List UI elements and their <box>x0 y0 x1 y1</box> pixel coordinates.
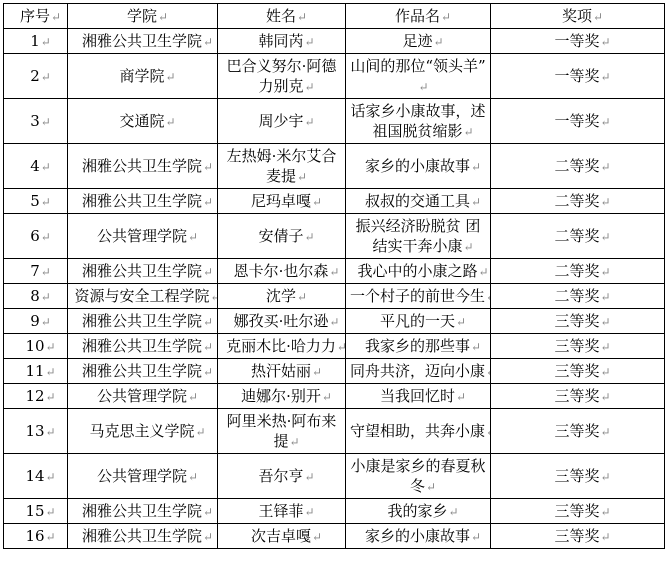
cell-work: 同舟共济，迈向小康↵ <box>346 359 491 384</box>
table-row: 3↵ 交通院↵ 周少宇↵ 话家乡小康故事，述祖国脱贫缩影↵ 一等奖↵ <box>4 99 665 144</box>
college-name: 公共管理学院 <box>97 387 187 405</box>
cell-name: 热汗姑丽↵ <box>218 359 346 384</box>
student-name: 娜孜买·吐尔逊 <box>234 312 329 330</box>
work-title: 家乡的小康故事 <box>365 527 470 545</box>
header-work: 作品名↵ <box>346 4 491 29</box>
row-number: 15 <box>25 502 44 520</box>
cell-no: 5↵ <box>4 189 68 214</box>
college-name: 湘雅公共卫生学院 <box>82 312 202 330</box>
cell-name: 左热姆·米尔艾合麦提↵ <box>218 144 346 189</box>
cell-college: 商学院↵ <box>68 54 218 99</box>
table-row: 12↵ 公共管理学院↵ 迪娜尔·别开↵ 当我回忆时↵ 三等奖↵ <box>4 384 665 409</box>
table-row: 2↵ 商学院↵ 巴合义努尔·阿德力别克↵ 山间的那位“领头羊”↵ 一等奖↵ <box>4 54 665 99</box>
award-level: 二等奖 <box>554 227 599 245</box>
work-title: 山间的那位“领头羊” <box>350 57 485 75</box>
cell-college: 湘雅公共卫生学院↵ <box>68 524 218 549</box>
header-no-label: 序号 <box>20 7 50 25</box>
row-number: 10 <box>25 337 44 355</box>
award-level: 三等奖 <box>554 312 599 330</box>
work-title: 同舟共济，迈向小康 <box>350 362 485 380</box>
cell-no: 2↵ <box>4 54 68 99</box>
student-name: 周少宇 <box>258 112 303 130</box>
cell-award: 三等奖↵ <box>491 409 665 454</box>
cell-college: 湘雅公共卫生学院↵ <box>68 334 218 359</box>
cell-name: 安倩子↵ <box>218 214 346 259</box>
cell-award: 三等奖↵ <box>491 359 665 384</box>
cell-name: 克丽木比·哈力力↵ <box>218 334 346 359</box>
cell-no: 9↵ <box>4 309 68 334</box>
college-name: 湘雅公共卫生学院 <box>82 337 202 355</box>
work-title: 我家乡的那些事 <box>365 337 470 355</box>
award-level: 一等奖 <box>554 67 599 85</box>
cell-award: 三等奖↵ <box>491 384 665 409</box>
work-title: 小康是家乡的春夏秋冬 <box>350 457 485 495</box>
row-number: 14 <box>25 467 44 485</box>
student-name: 次吉卓嘎 <box>251 527 311 545</box>
college-name: 湘雅公共卫生学院 <box>82 32 202 50</box>
row-number: 2 <box>30 67 40 85</box>
student-name: 克丽木比·哈力力 <box>226 337 336 355</box>
cell-work: 叔叔的交通工具↵ <box>346 189 491 214</box>
cell-work: 一个村子的前世今生↵ <box>346 284 491 309</box>
table-header: 序号↵ 学院↵ 姓名↵ 作品名↵ 奖项↵ <box>4 4 665 29</box>
table-row: 7↵ 湘雅公共卫生学院↵ 恩卡尔·也尔森↵ 我心中的小康之路↵ 二等奖↵ <box>4 259 665 284</box>
document-page: 序号↵ 学院↵ 姓名↵ 作品名↵ 奖项↵ 1↵ 湘雅公共卫生学院↵ 韩同芮↵ 足… <box>0 0 671 573</box>
award-level: 二等奖 <box>554 262 599 280</box>
header-college-label: 学院 <box>127 7 157 25</box>
cell-name: 韩同芮↵ <box>218 29 346 54</box>
table-row: 15↵ 湘雅公共卫生学院↵ 王铎菲↵ 我的家乡↵ 三等奖↵ <box>4 499 665 524</box>
cell-college: 湘雅公共卫生学院↵ <box>68 309 218 334</box>
table-row: 16↵ 湘雅公共卫生学院↵ 次吉卓嘎↵ 家乡的小康故事↵ 三等奖↵ <box>4 524 665 549</box>
table-row: 14↵ 公共管理学院↵ 吾尔亨↵ 小康是家乡的春夏秋冬↵ 三等奖↵ <box>4 454 665 499</box>
header-row: 序号↵ 学院↵ 姓名↵ 作品名↵ 奖项↵ <box>4 4 665 29</box>
work-title: 当我回忆时 <box>380 387 455 405</box>
cell-college: 资源与安全工程学院↵ <box>68 284 218 309</box>
student-name: 迪娜尔·别开 <box>241 387 321 405</box>
cell-work: 我心中的小康之路↵ <box>346 259 491 284</box>
cell-name: 恩卡尔·也尔森↵ <box>218 259 346 284</box>
student-name: 王铎菲 <box>258 502 303 520</box>
award-level: 三等奖 <box>554 467 599 485</box>
student-name: 左热姆·米尔艾合麦提 <box>227 147 337 185</box>
cell-college: 公共管理学院↵ <box>68 384 218 409</box>
table-body: 1↵ 湘雅公共卫生学院↵ 韩同芮↵ 足迹↵ 一等奖↵ 2↵ 商学院↵ 巴合义努尔… <box>4 29 665 549</box>
cell-no: 11↵ <box>4 359 68 384</box>
cell-name: 王铎菲↵ <box>218 499 346 524</box>
cell-name: 娜孜买·吐尔逊↵ <box>218 309 346 334</box>
cell-award: 二等奖↵ <box>491 189 665 214</box>
college-name: 湘雅公共卫生学院 <box>82 157 202 175</box>
cell-no: 4↵ <box>4 144 68 189</box>
cell-no: 3↵ <box>4 99 68 144</box>
row-number: 1 <box>30 32 40 50</box>
award-level: 三等奖 <box>554 527 599 545</box>
table-row: 1↵ 湘雅公共卫生学院↵ 韩同芮↵ 足迹↵ 一等奖↵ <box>4 29 665 54</box>
cell-no: 14↵ <box>4 454 68 499</box>
cell-no: 15↵ <box>4 499 68 524</box>
table-row: 9↵ 湘雅公共卫生学院↵ 娜孜买·吐尔逊↵ 平凡的一天↵ 三等奖↵ <box>4 309 665 334</box>
cell-name: 尼玛卓嘎↵ <box>218 189 346 214</box>
cell-award: 一等奖↵ <box>491 29 665 54</box>
cell-college: 湘雅公共卫生学院↵ <box>68 499 218 524</box>
cell-award: 二等奖↵ <box>491 214 665 259</box>
student-name: 沈学 <box>266 287 296 305</box>
award-level: 三等奖 <box>554 422 599 440</box>
college-name: 湘雅公共卫生学院 <box>82 362 202 380</box>
student-name: 恩卡尔·也尔森 <box>234 262 329 280</box>
work-title: 平凡的一天 <box>380 312 455 330</box>
cell-award: 一等奖↵ <box>491 99 665 144</box>
work-title: 振兴经济盼脱贫 团结实干奔小康 <box>356 217 481 255</box>
table-row: 8↵ 资源与安全工程学院↵ 沈学↵ 一个村子的前世今生↵ 二等奖↵ <box>4 284 665 309</box>
cell-name: 吾尔亨↵ <box>218 454 346 499</box>
work-title: 足迹 <box>402 32 432 50</box>
cell-work: 当我回忆时↵ <box>346 384 491 409</box>
cell-award: 二等奖↵ <box>491 144 665 189</box>
table-row: 10↵ 湘雅公共卫生学院↵ 克丽木比·哈力力↵ 我家乡的那些事↵ 三等奖↵ <box>4 334 665 359</box>
college-name: 马克思主义学院 <box>89 422 194 440</box>
cell-no: 7↵ <box>4 259 68 284</box>
cell-work: 我家乡的那些事↵ <box>346 334 491 359</box>
cell-award: 二等奖↵ <box>491 259 665 284</box>
cell-work: 家乡的小康故事↵ <box>346 144 491 189</box>
college-name: 公共管理学院 <box>97 227 187 245</box>
cell-no: 8↵ <box>4 284 68 309</box>
cell-name: 巴合义努尔·阿德力别克↵ <box>218 54 346 99</box>
cell-award: 三等奖↵ <box>491 454 665 499</box>
cell-work: 家乡的小康故事↵ <box>346 524 491 549</box>
cell-no: 12↵ <box>4 384 68 409</box>
table-row: 13↵ 马克思主义学院↵ 阿里米热·阿布来提↵ 守望相助，共奔小康↵ 三等奖↵ <box>4 409 665 454</box>
row-number: 8 <box>30 287 40 305</box>
student-name: 阿里米热·阿布来提 <box>227 412 337 450</box>
work-title: 守望相助，共奔小康 <box>350 422 485 440</box>
row-number: 5 <box>30 192 40 210</box>
cell-award: 三等奖↵ <box>491 524 665 549</box>
cell-work: 平凡的一天↵ <box>346 309 491 334</box>
header-college: 学院↵ <box>68 4 218 29</box>
table-row: 11↵ 湘雅公共卫生学院↵ 热汗姑丽↵ 同舟共济，迈向小康↵ 三等奖↵ <box>4 359 665 384</box>
header-name: 姓名↵ <box>218 4 346 29</box>
cell-name: 次吉卓嘎↵ <box>218 524 346 549</box>
college-name: 湘雅公共卫生学院 <box>82 262 202 280</box>
cell-work: 小康是家乡的春夏秋冬↵ <box>346 454 491 499</box>
award-level: 三等奖 <box>554 362 599 380</box>
cell-college: 湘雅公共卫生学院↵ <box>68 359 218 384</box>
row-number: 11 <box>25 362 44 380</box>
award-level: 一等奖 <box>554 32 599 50</box>
cell-college: 公共管理学院↵ <box>68 454 218 499</box>
college-name: 资源与安全工程学院 <box>74 287 209 305</box>
award-level: 二等奖 <box>554 157 599 175</box>
award-level: 二等奖 <box>554 287 599 305</box>
cell-name: 沈学↵ <box>218 284 346 309</box>
cell-college: 湘雅公共卫生学院↵ <box>68 189 218 214</box>
row-number: 6 <box>30 227 40 245</box>
college-name: 湘雅公共卫生学院 <box>82 192 202 210</box>
cell-no: 1↵ <box>4 29 68 54</box>
row-number: 16 <box>25 527 44 545</box>
cell-name: 周少宇↵ <box>218 99 346 144</box>
work-title: 我的家乡 <box>387 502 447 520</box>
cell-work: 守望相助，共奔小康↵ <box>346 409 491 454</box>
student-name: 安倩子 <box>258 227 303 245</box>
college-name: 交通院 <box>119 112 164 130</box>
cell-no: 13↵ <box>4 409 68 454</box>
cell-award: 三等奖↵ <box>491 309 665 334</box>
cell-college: 交通院↵ <box>68 99 218 144</box>
cell-award: 三等奖↵ <box>491 499 665 524</box>
cell-name: 迪娜尔·别开↵ <box>218 384 346 409</box>
award-level: 三等奖 <box>554 387 599 405</box>
cell-college: 湘雅公共卫生学院↵ <box>68 259 218 284</box>
work-title: 一个村子的前世今生 <box>350 287 485 305</box>
student-name: 热汗姑丽 <box>251 362 311 380</box>
student-name: 尼玛卓嘎 <box>251 192 311 210</box>
cell-award: 一等奖↵ <box>491 54 665 99</box>
cell-name: 阿里米热·阿布来提↵ <box>218 409 346 454</box>
row-number: 13 <box>25 422 44 440</box>
table-row: 5↵ 湘雅公共卫生学院↵ 尼玛卓嘎↵ 叔叔的交通工具↵ 二等奖↵ <box>4 189 665 214</box>
award-level: 三等奖 <box>554 337 599 355</box>
awards-table: 序号↵ 学院↵ 姓名↵ 作品名↵ 奖项↵ 1↵ 湘雅公共卫生学院↵ 韩同芮↵ 足… <box>3 3 665 549</box>
table-row: 6↵ 公共管理学院↵ 安倩子↵ 振兴经济盼脱贫 团结实干奔小康↵ 二等奖↵ <box>4 214 665 259</box>
cell-work: 我的家乡↵ <box>346 499 491 524</box>
header-name-label: 姓名 <box>266 7 296 25</box>
cell-no: 16↵ <box>4 524 68 549</box>
work-title: 我心中的小康之路 <box>357 262 477 280</box>
cell-college: 马克思主义学院↵ <box>68 409 218 454</box>
cell-college: 公共管理学院↵ <box>68 214 218 259</box>
college-name: 商学院 <box>119 67 164 85</box>
college-name: 湘雅公共卫生学院 <box>82 502 202 520</box>
cell-award: 三等奖↵ <box>491 334 665 359</box>
student-name: 吾尔亨 <box>258 467 303 485</box>
cell-work: 山间的那位“领头羊”↵ <box>346 54 491 99</box>
header-award-label: 奖项 <box>562 7 592 25</box>
row-number: 9 <box>30 312 40 330</box>
work-title: 家乡的小康故事 <box>365 157 470 175</box>
student-name: 巴合义努尔·阿德力别克 <box>227 57 337 95</box>
work-title: 叔叔的交通工具 <box>365 192 470 210</box>
cell-no: 6↵ <box>4 214 68 259</box>
award-level: 二等奖 <box>554 192 599 210</box>
cell-college: 湘雅公共卫生学院↵ <box>68 29 218 54</box>
student-name: 韩同芮 <box>258 32 303 50</box>
header-award: 奖项↵ <box>491 4 665 29</box>
award-level: 一等奖 <box>554 112 599 130</box>
cell-no: 10↵ <box>4 334 68 359</box>
row-number: 7 <box>30 262 40 280</box>
cell-college: 湘雅公共卫生学院↵ <box>68 144 218 189</box>
college-name: 湘雅公共卫生学院 <box>82 527 202 545</box>
award-level: 三等奖 <box>554 502 599 520</box>
cell-award: 二等奖↵ <box>491 284 665 309</box>
header-no: 序号↵ <box>4 4 68 29</box>
row-number: 12 <box>25 387 44 405</box>
row-number: 3 <box>30 112 40 130</box>
cell-work: 足迹↵ <box>346 29 491 54</box>
college-name: 公共管理学院 <box>97 467 187 485</box>
table-row: 4↵ 湘雅公共卫生学院↵ 左热姆·米尔艾合麦提↵ 家乡的小康故事↵ 二等奖↵ <box>4 144 665 189</box>
row-number: 4 <box>30 157 40 175</box>
cell-work: 振兴经济盼脱贫 团结实干奔小康↵ <box>346 214 491 259</box>
cell-work: 话家乡小康故事，述祖国脱贫缩影↵ <box>346 99 491 144</box>
header-work-label: 作品名 <box>395 7 440 25</box>
